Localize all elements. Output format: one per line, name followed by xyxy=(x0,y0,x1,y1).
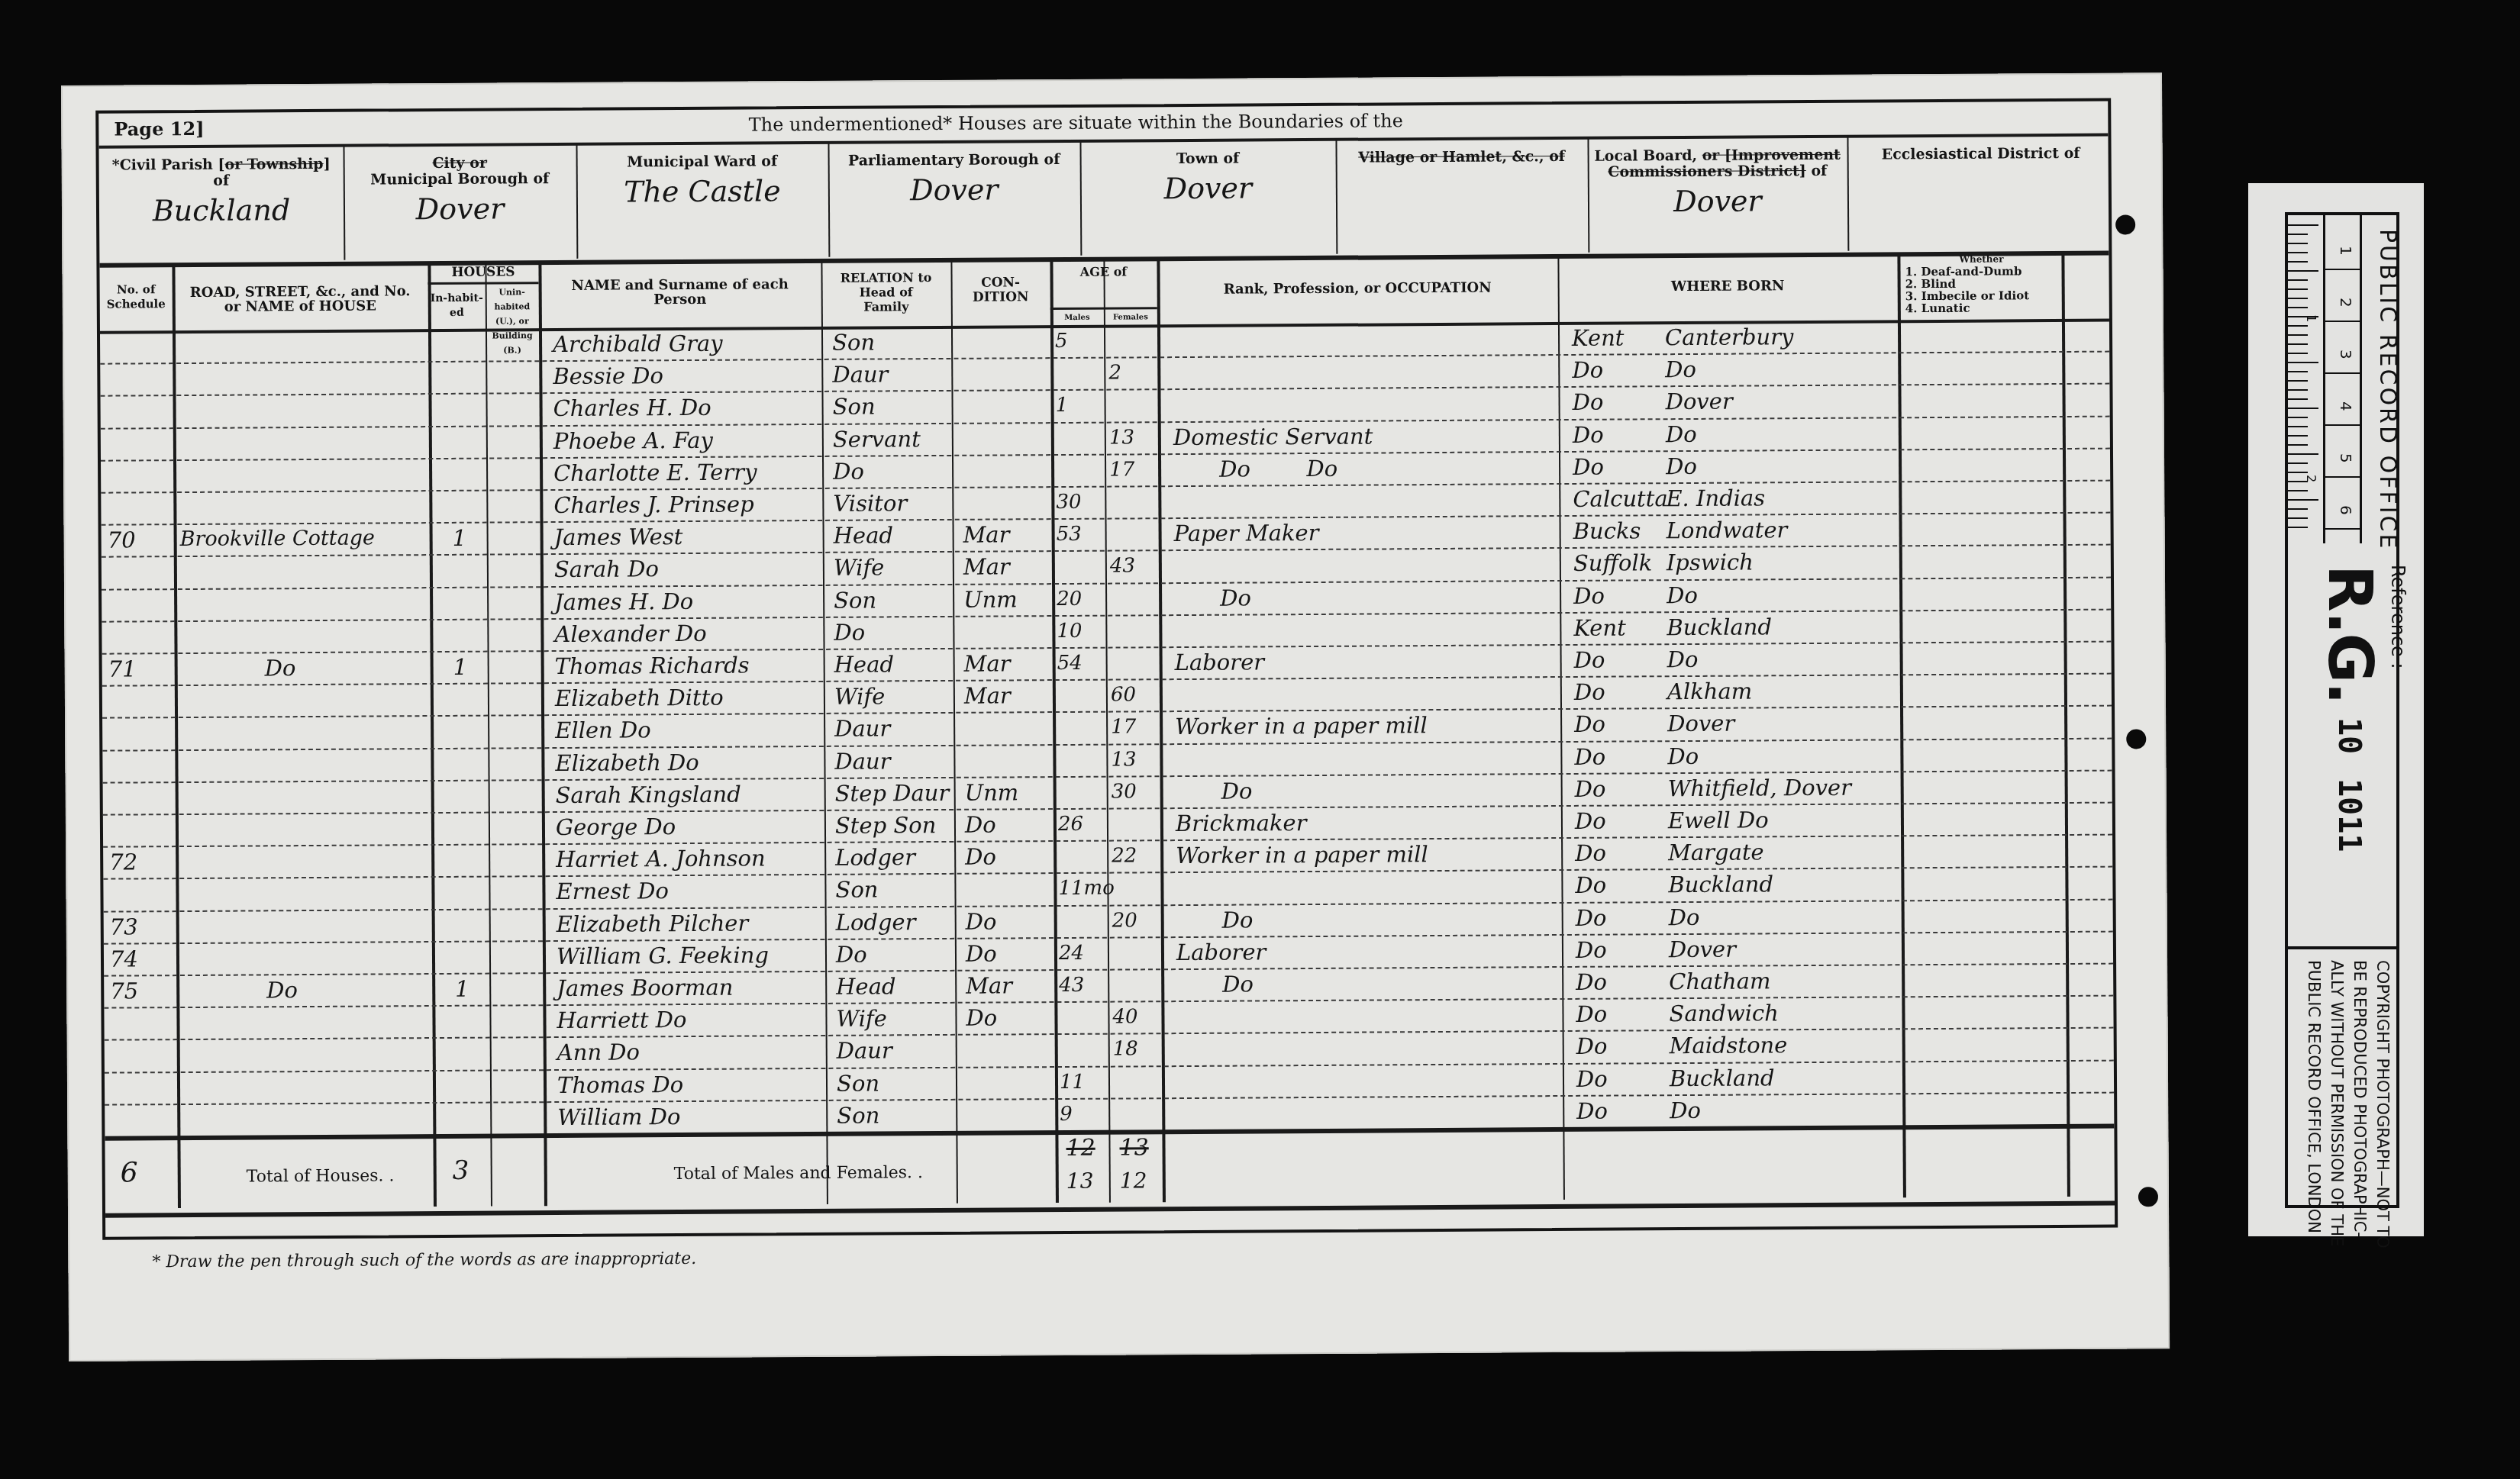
road-name xyxy=(179,332,427,333)
birth-place: Do xyxy=(1669,903,1894,930)
birth-county: Do xyxy=(1576,904,1683,931)
series-code: R.G. xyxy=(2315,565,2386,704)
age-female: 13 xyxy=(1111,746,1161,772)
birth-county: Do xyxy=(1576,1097,1683,1124)
total-males-struck: 12 xyxy=(1066,1135,1095,1162)
birth-place: Do xyxy=(1666,452,1891,479)
condition xyxy=(965,875,1052,876)
relation: Wife xyxy=(834,683,952,710)
location-cell: Town ofDover xyxy=(1079,140,1336,256)
birth-county: Do xyxy=(1576,1000,1683,1027)
schedule-number xyxy=(107,495,172,495)
copyright-line: ALLY WITHOUT PERMISSION OF THE xyxy=(2328,960,2346,1246)
birth-place: Do xyxy=(1665,356,1890,383)
condition: Mar xyxy=(966,972,1053,999)
birth-place: Canterbury xyxy=(1665,323,1890,350)
condition: Do xyxy=(966,940,1053,967)
birth-place: Margate xyxy=(1668,839,1893,866)
person-name: Phoebe A. Fay xyxy=(553,427,821,454)
birth-county: Do xyxy=(1576,1065,1683,1092)
schedule-number xyxy=(109,881,174,882)
age-female: 43 xyxy=(1110,553,1160,579)
schedule-number: 75 xyxy=(110,978,175,1004)
birth-county: Do xyxy=(1575,872,1682,898)
road-name xyxy=(181,751,429,752)
age-female: 60 xyxy=(1111,681,1161,707)
total-males: 13 xyxy=(1066,1168,1094,1194)
relation: Do xyxy=(836,941,953,968)
relation: Lodger xyxy=(835,844,953,871)
condition: Do xyxy=(966,908,1053,935)
birth-place: Ewell Do xyxy=(1668,806,1893,833)
person-name: Elizabeth Ditto xyxy=(555,684,822,711)
birth-county: Do xyxy=(1576,936,1683,963)
person-name: Charles H. Do xyxy=(553,394,820,421)
relation: Daur xyxy=(837,1037,954,1064)
person-name: James West xyxy=(554,523,821,550)
age-male: 1 xyxy=(1055,392,1105,418)
birth-county: Do xyxy=(1574,678,1681,705)
person-name: Ann Do xyxy=(557,1038,824,1065)
age-male: 11 xyxy=(1060,1068,1110,1094)
birth-county: Do xyxy=(1574,743,1681,770)
birth-place: Dover xyxy=(1665,388,1890,415)
scale-number: 1 xyxy=(2304,314,2318,322)
inhabited-count: 1 xyxy=(455,976,486,1002)
occupation xyxy=(1173,325,1555,327)
location-cell: Ecclesiastical District of xyxy=(1847,135,2115,251)
location-header: *Civil Parish [or Township] ofBucklandCi… xyxy=(98,135,2109,262)
birth-place: Chatham xyxy=(1669,967,1894,994)
total-persons-label: Total of Males and Females. . xyxy=(674,1163,923,1184)
birth-place: Do xyxy=(1667,581,1892,608)
schedule-number xyxy=(111,1075,176,1075)
schedule-number xyxy=(106,366,171,366)
person-name: James Boorman xyxy=(557,974,824,1001)
col-houses: HOUSES xyxy=(428,265,538,280)
age-female: 20 xyxy=(1112,907,1163,933)
person-name: William G. Feeking xyxy=(557,942,824,969)
condition xyxy=(963,489,1050,490)
birth-county: Do xyxy=(1575,839,1682,866)
age-male: 30 xyxy=(1056,489,1106,515)
relation: Son xyxy=(837,1102,954,1129)
age-male: 9 xyxy=(1060,1100,1110,1126)
page-number: Page 12] xyxy=(114,118,204,140)
scale-number: 4 xyxy=(2337,401,2355,411)
relation: Son xyxy=(834,586,951,613)
age-male: 43 xyxy=(1059,972,1109,998)
person-name: William Do xyxy=(557,1103,824,1130)
col-age: AGE of xyxy=(1073,264,1134,279)
total-houses-label: Total of Houses. . xyxy=(247,1166,395,1186)
col-road: ROAD, STREET, &c., and No. or NAME of HO… xyxy=(180,284,421,314)
schedule-number xyxy=(111,1042,176,1042)
location-cell: Local Board, or [Improvement Commissione… xyxy=(1587,137,1847,253)
birth-place: Do xyxy=(1666,420,1891,447)
schedule-number xyxy=(108,559,173,560)
birth-county: Do xyxy=(1575,807,1682,834)
relation: Daur xyxy=(834,747,952,774)
age-male: 5 xyxy=(1055,328,1105,354)
age-male: 54 xyxy=(1057,650,1108,676)
copyright-line: COPYRIGHT PHOTOGRAPH—NOT TO xyxy=(2373,960,2392,1249)
road-name xyxy=(179,364,427,366)
location-value: Dover xyxy=(1080,180,1336,197)
birth-county: Do xyxy=(1574,710,1681,737)
reference-label: Reference :— xyxy=(2387,565,2409,688)
birth-place: Buckland xyxy=(1670,1064,1895,1091)
occupation: Paper Maker xyxy=(1174,518,1557,546)
birth-place: E. Indias xyxy=(1666,484,1891,511)
household-table: No. of ScheduleROAD, STREET, &c., and No… xyxy=(99,254,2115,1243)
occupation: Brickmaker xyxy=(1176,808,1558,836)
person-name: Sarah Do xyxy=(554,555,821,582)
schedule-number xyxy=(108,623,173,624)
condition xyxy=(964,747,1051,748)
condition: Do xyxy=(966,1004,1053,1031)
age-female: 30 xyxy=(1112,778,1162,804)
location-cell: City orMunicipal Borough ofDover xyxy=(343,144,576,260)
schedule-number xyxy=(109,785,174,785)
birth-place: Buckland xyxy=(1668,871,1893,898)
road-name: Brookville Cottage xyxy=(180,525,428,553)
road-name xyxy=(182,879,430,881)
condition xyxy=(966,1101,1053,1102)
relation: Wife xyxy=(834,554,951,581)
person-name: Sarah Kingsland xyxy=(556,781,823,808)
total-females-struck: 13 xyxy=(1119,1134,1148,1161)
condition xyxy=(963,425,1050,426)
road-name xyxy=(183,1040,431,1042)
occupation: Laborer xyxy=(1175,647,1557,675)
road-name xyxy=(179,396,428,398)
location-value: Dover xyxy=(828,182,1080,198)
occupation: Do xyxy=(1176,969,1605,997)
birth-county: Do xyxy=(1573,421,1679,448)
occupation: Do xyxy=(1176,775,1604,804)
road-name xyxy=(182,815,430,817)
occupation: Domestic Servant xyxy=(1173,422,1556,450)
condition xyxy=(964,714,1051,715)
road-name xyxy=(183,1073,431,1075)
form-title: The undermentioned* Houses are situate w… xyxy=(694,110,1457,136)
relation: Step Son xyxy=(835,812,953,839)
person-name: Elizabeth Pilcher xyxy=(557,910,824,937)
occupation: Worker in a paper mill xyxy=(1175,711,1557,739)
inhabited-count: 1 xyxy=(453,525,483,551)
condition xyxy=(962,328,1049,329)
condition xyxy=(963,457,1050,458)
schedule-number xyxy=(108,591,173,592)
binding-hole xyxy=(2115,214,2135,234)
schedule-number xyxy=(109,817,174,817)
schedule-number xyxy=(108,688,173,688)
person-name: James H. Do xyxy=(554,588,821,615)
age-female: 22 xyxy=(1112,843,1162,868)
location-cell: Municipal Ward ofThe Castle xyxy=(576,143,828,259)
road-name xyxy=(179,461,428,462)
person-name: Charles J. Prinsep xyxy=(553,491,821,518)
schedule-number xyxy=(111,1107,176,1107)
occupation: Worker in a paper mill xyxy=(1176,840,1558,868)
scale-ruler: 12345612 xyxy=(2288,215,2396,543)
birth-place: Londwater xyxy=(1666,517,1891,544)
scale-number: 2 xyxy=(2304,475,2318,482)
schedule-number: 71 xyxy=(108,656,173,682)
age-female: 18 xyxy=(1113,1036,1163,1062)
condition: Do xyxy=(965,811,1052,838)
road-name xyxy=(182,1008,431,1010)
schedule-number: 73 xyxy=(110,913,175,940)
person-name: Bessie Do xyxy=(553,362,820,389)
person-name: Alexander Do xyxy=(554,620,821,647)
road-name xyxy=(182,783,430,785)
age-female: 17 xyxy=(1111,714,1161,740)
schedule-number xyxy=(106,333,171,334)
schedule-number: 74 xyxy=(110,946,175,972)
road-name xyxy=(182,847,430,849)
road-name xyxy=(179,429,428,430)
condition xyxy=(962,392,1049,393)
col-where-born: WHERE BORN xyxy=(1558,278,1898,295)
birth-county: Do xyxy=(1575,775,1682,802)
relation: Wife xyxy=(836,1005,953,1032)
location-value: Dover xyxy=(1588,193,1847,210)
schedule-number xyxy=(108,720,173,721)
col-occupation: Rank, Profession, or OCCUPATION xyxy=(1157,280,1558,297)
condition: Mar xyxy=(963,521,1050,548)
age-male: 24 xyxy=(1059,939,1109,965)
age-female: 40 xyxy=(1112,1004,1163,1029)
person-name: Harriett Do xyxy=(557,1006,824,1033)
total-houses: 3 xyxy=(453,1155,469,1186)
copyright-line: BE REPRODUCED PHOTOGRAPHIC- xyxy=(2351,960,2369,1238)
age-female: 2 xyxy=(1108,359,1159,385)
condition xyxy=(966,1069,1053,1070)
birth-county: Do xyxy=(1576,1033,1683,1059)
schedule-number xyxy=(107,398,172,399)
condition: Unm xyxy=(965,779,1052,806)
person-name: Ellen Do xyxy=(555,716,822,743)
occupation: Laborer xyxy=(1176,937,1559,965)
relation: Son xyxy=(832,393,950,420)
birth-county: Bucks xyxy=(1573,517,1680,544)
condition: Mar xyxy=(963,553,1050,580)
col-condition: CON-DITION xyxy=(966,275,1035,305)
relation: Visitor xyxy=(833,490,950,517)
birth-place: Dover xyxy=(1669,935,1894,962)
schedule-number xyxy=(107,430,172,431)
totals-row: 6Total of Houses. .3Total of Males and F… xyxy=(105,1129,2115,1213)
relation: Do xyxy=(834,619,951,646)
age-male: 11mo xyxy=(1058,875,1108,901)
birth-county: Do xyxy=(1573,453,1679,480)
binding-hole xyxy=(2138,1187,2158,1207)
piece-number: 10 xyxy=(2331,717,2367,754)
birth-county: Do xyxy=(1572,356,1679,383)
relation: Son xyxy=(837,1069,954,1096)
total-females: 12 xyxy=(1120,1168,1147,1193)
schedule-number xyxy=(110,1010,175,1010)
road-name xyxy=(180,622,428,623)
copyright-notice: COPYRIGHT PHOTOGRAPH—NOT TOBE REPRODUCED… xyxy=(2288,954,2399,1206)
inhabited-count: 1 xyxy=(453,654,484,680)
birth-county: Calcutta xyxy=(1573,485,1679,512)
birth-place: Do xyxy=(1670,1096,1895,1123)
road-name xyxy=(180,590,428,591)
birth-place: Alkham xyxy=(1667,678,1892,705)
road-name xyxy=(179,493,428,495)
road-name xyxy=(182,944,431,946)
birth-place: Sandwich xyxy=(1669,1000,1894,1027)
birth-county: Suffolk xyxy=(1573,549,1680,576)
col-name: NAME and Surname of each Person xyxy=(554,277,806,308)
birth-county: Do xyxy=(1572,388,1679,415)
location-cell: *Civil Parish [or Township] ofBuckland xyxy=(98,146,344,262)
schedule-number: 72 xyxy=(109,849,174,875)
person-name: Charlotte E. Terry xyxy=(553,459,821,486)
road-name xyxy=(183,1105,431,1107)
schedule-number: 70 xyxy=(108,527,173,553)
location-value xyxy=(1847,176,2115,177)
scale-number: 5 xyxy=(2337,453,2355,463)
condition xyxy=(966,1036,1053,1037)
relation: Lodger xyxy=(836,908,953,935)
copyright-line: PUBLIC RECORD OFFICE, LONDON xyxy=(2305,960,2323,1233)
birth-place: Maidstone xyxy=(1670,1032,1895,1059)
col-schedule: No. of Schedule xyxy=(100,282,173,312)
scale-number: 3 xyxy=(2337,350,2355,359)
age-female: 13 xyxy=(1109,424,1160,450)
age-male: 10 xyxy=(1057,617,1107,643)
relation: Daur xyxy=(832,361,950,388)
birth-county: Kent xyxy=(1572,324,1679,351)
birth-county: Do xyxy=(1574,646,1681,673)
scale-number: 1 xyxy=(2337,246,2355,256)
col-males: Males xyxy=(1050,311,1104,325)
location-value: The Castle xyxy=(576,183,828,200)
relation: Head xyxy=(834,651,952,678)
condition xyxy=(963,618,1050,619)
person-name: Archibald Gray xyxy=(553,330,820,357)
person-name: Elizabeth Do xyxy=(555,749,822,776)
age-male: 53 xyxy=(1057,521,1107,547)
person-name: Thomas Do xyxy=(557,1071,824,1098)
condition: Mar xyxy=(964,650,1051,677)
birth-place: Do xyxy=(1667,742,1892,769)
total-schedules: 6 xyxy=(121,1157,138,1188)
condition xyxy=(962,360,1049,361)
schedule-number xyxy=(108,752,173,753)
age-male: 20 xyxy=(1057,585,1107,611)
col-inhabited: In-habit-ed xyxy=(428,292,486,321)
relation: Step Daur xyxy=(835,780,953,807)
binding-hole xyxy=(2126,729,2146,749)
birth-county: Do xyxy=(1573,582,1680,609)
birth-place: Whitfield, Dover xyxy=(1668,774,1893,801)
folio-number: 1011 xyxy=(2331,778,2367,852)
person-name: Ernest Do xyxy=(556,877,823,904)
relation: Daur xyxy=(834,715,952,742)
occupation: Do xyxy=(1174,582,1602,611)
relation: Head xyxy=(836,973,953,1000)
footnote: * Draw the pen through such of the words… xyxy=(152,1249,696,1271)
location-value xyxy=(1336,179,1588,180)
col-females: Females xyxy=(1104,310,1157,324)
birth-county: Kent xyxy=(1573,614,1680,641)
person-name: George Do xyxy=(556,813,823,840)
birth-place: Ipswich xyxy=(1667,549,1892,576)
age-male: 26 xyxy=(1058,811,1108,837)
birth-county: Do xyxy=(1576,968,1683,995)
relation: Head xyxy=(834,522,951,549)
birth-place: Buckland xyxy=(1667,613,1892,640)
location-value: Buckland xyxy=(99,202,344,219)
birth-place: Do xyxy=(1667,645,1892,672)
location-cell: Village or Hamlet, &c., of xyxy=(1335,138,1588,254)
scale-number: 2 xyxy=(2337,298,2355,308)
relation: Servant xyxy=(833,425,950,452)
person-name: Thomas Richards xyxy=(555,652,822,679)
occupation: Do xyxy=(1176,904,1605,933)
census-form: Page 12] The undermentioned* Houses are … xyxy=(95,98,2118,1240)
person-name: Harriet A. Johnson xyxy=(556,845,823,872)
condition: Unm xyxy=(963,586,1050,613)
public-record-office-label: PUBLIC RECORD OFFICE 12345612 Reference … xyxy=(2248,183,2424,1236)
col-relation: RELATION to Head of Family xyxy=(837,270,936,314)
scale-number: 6 xyxy=(2337,505,2355,515)
condition: Do xyxy=(965,843,1052,870)
occupation: Do Do xyxy=(1173,453,1602,482)
age-female: 17 xyxy=(1109,456,1160,482)
condition: Mar xyxy=(964,682,1051,709)
col-infirmity: Whether1. Deaf-and-Dumb2. Blind3. Imbeci… xyxy=(1905,253,2057,314)
census-page: Page 12] The undermentioned* Houses are … xyxy=(61,72,2170,1361)
relation: Son xyxy=(832,329,950,356)
schedule-number xyxy=(107,462,172,463)
road-name xyxy=(182,912,431,913)
road-name xyxy=(180,557,428,559)
road-name xyxy=(181,686,429,688)
location-value: Dover xyxy=(344,201,576,217)
relation: Do xyxy=(833,458,950,485)
relation: Son xyxy=(835,876,953,903)
road-name xyxy=(181,718,429,720)
location-cell: Parliamentary Borough ofDover xyxy=(828,141,1080,257)
birth-place: Dover xyxy=(1667,710,1892,737)
